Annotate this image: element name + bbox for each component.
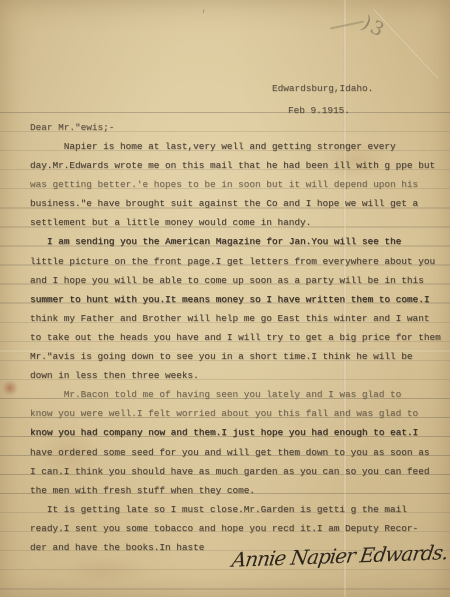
paper-stain xyxy=(2,380,18,396)
letter-line: the men with fresh stuff when they come. xyxy=(30,481,441,500)
letter-line: know you had company now and them.I just… xyxy=(30,423,441,442)
letter-page: ' )3 Edwardsburg,Idaho. Feb 9.1915. Dear… xyxy=(0,0,450,597)
letter-line: and I hope you will be able to come up s… xyxy=(30,271,441,290)
fold-crease-corner xyxy=(372,8,439,80)
letter-line: have ordered some seed for you and will … xyxy=(30,443,441,462)
letter-line: It is getting late so I must close.Mr.Ga… xyxy=(30,500,441,519)
letter-line: to take out the heads you have and I wil… xyxy=(30,328,441,347)
letter-line: day.Mr.Edwards wrote me on this mail tha… xyxy=(30,156,441,175)
pencil-mark-corner: )3 xyxy=(358,12,389,42)
letter-salutation: Dear Mr."ewis;- xyxy=(30,118,114,137)
letter-line: was getting better.'e hopes to be in soo… xyxy=(30,175,441,194)
letter-line: think my Father and Brother will help me… xyxy=(30,309,441,328)
letter-body: Napier is home at last,very well and get… xyxy=(30,137,441,557)
letter-line: ready.I sent you some tobacco and hope y… xyxy=(30,519,441,538)
paper-stain xyxy=(60,555,150,585)
letter-date: Feb 9.1915. xyxy=(288,101,350,120)
letter-line: know you were well.I felt worried about … xyxy=(30,404,441,423)
pencil-scribble xyxy=(330,20,364,29)
letter-line: Mr."avis is going down to see you in a s… xyxy=(30,347,441,366)
letter-line: I am sending you the American Magazine f… xyxy=(30,232,441,251)
letter-line: business."e have brought suit against th… xyxy=(30,194,441,213)
letter-line: down in less then three weeks. xyxy=(30,366,441,385)
letter-line: little picture on the front page.I get l… xyxy=(30,252,441,271)
letter-line: settlement but a little money would come… xyxy=(30,213,441,232)
letter-line: I can.I think you should have as much ga… xyxy=(30,462,441,481)
letter-place: Edwardsburg,Idaho. xyxy=(272,79,373,98)
pencil-mark-top: ' xyxy=(200,8,206,23)
letter-line: Mr.Bacon told me of having seen you late… xyxy=(30,385,441,404)
letter-line: summer to hunt with you.It means money s… xyxy=(30,290,441,309)
letter-line: Napier is home at last,very well and get… xyxy=(30,137,441,156)
